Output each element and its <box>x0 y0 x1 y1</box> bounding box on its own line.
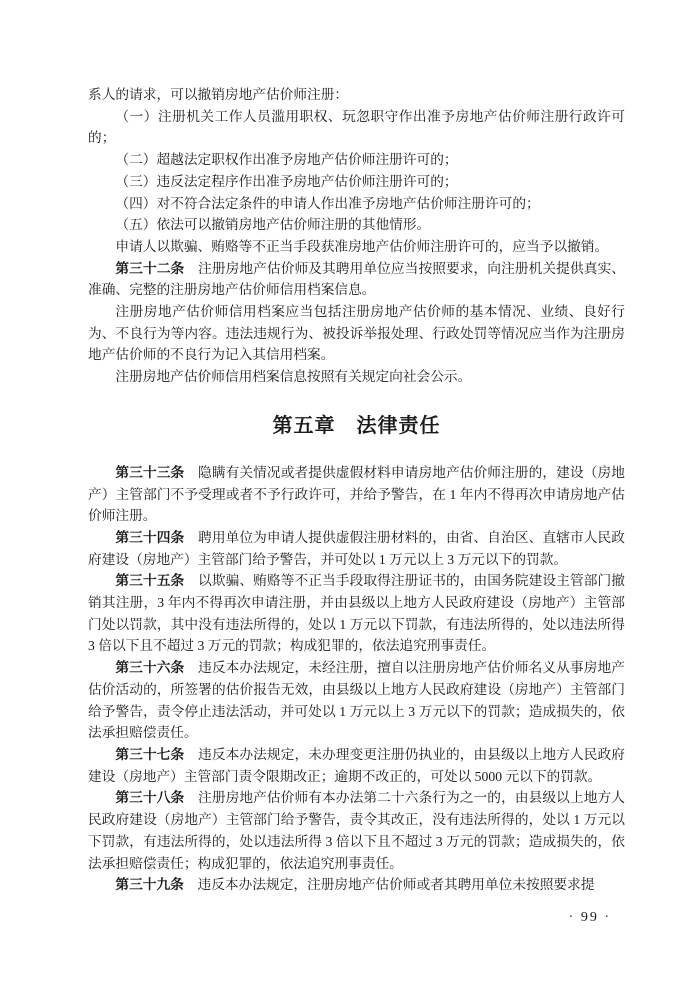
article-number: 第三十七条 <box>115 747 184 762</box>
section-before-heading: 系人的请求，可以撤销房地产估价师注册：（一）注册机关工作人员滥用职权、玩忽职守作… <box>88 84 625 388</box>
paragraph: 第三十六条 违反本办法规定，未经注册，擅自以注册房地产估价师名义从事房地产估价活… <box>88 657 625 744</box>
paragraph: 第三十五条 以欺骗、贿赂等不正当手段取得注册证书的，由国务院建设主管部门撤销其注… <box>88 570 625 657</box>
document-content: 系人的请求，可以撤销房地产估价师注册：（一）注册机关工作人员滥用职权、玩忽职守作… <box>88 84 625 896</box>
article-number: 第三十八条 <box>115 790 184 805</box>
paragraph: 申请人以欺骗、贿赂等不正当手段获准房地产估价师注册许可的，应当予以撤销。 <box>88 236 625 258</box>
paragraph: 第三十二条 注册房地产估价师及其聘用单位应当按照要求，向注册机关提供真实、准确、… <box>88 258 625 301</box>
paragraph: 第三十四条 聘用单位为申请人提供虚假注册材料的，由省、自治区、直辖市人民政府建设… <box>88 527 625 570</box>
paragraph: 第三十八条 注册房地产估价师有本办法第二十六条行为之一的，由县级以上地方人民政府… <box>88 787 625 874</box>
paragraph: （四）对不符合法定条件的申请人作出准予房地产估价师注册许可的； <box>88 193 625 215</box>
article-number: 第三十六条 <box>115 660 184 675</box>
paragraph: 系人的请求，可以撤销房地产估价师注册： <box>88 84 625 106</box>
section-after-heading: 第三十三条 隐瞒有关情况或者提供虚假材料申请房地产估价师注册的，建设（房地产）主… <box>88 462 625 896</box>
article-number: 第三十四条 <box>115 530 184 545</box>
chapter-heading: 第五章 法律责任 <box>88 411 625 441</box>
article-number: 第三十三条 <box>115 465 184 480</box>
paragraph: 第三十三条 隐瞒有关情况或者提供虚假材料申请房地产估价师注册的，建设（房地产）主… <box>88 462 625 527</box>
paragraph: （三）违反法定程序作出准予房地产估价师注册许可的； <box>88 171 625 193</box>
article-number: 第三十二条 <box>115 261 184 276</box>
paragraph: （一）注册机关工作人员滥用职权、玩忽职守作出准予房地产估价师注册行政许可的； <box>88 106 625 149</box>
document-page: 系人的请求，可以撤销房地产估价师注册：（一）注册机关工作人员滥用职权、玩忽职守作… <box>0 0 699 982</box>
paragraph: （二）超越法定职权作出准予房地产估价师注册许可的； <box>88 149 625 171</box>
article-number: 第三十九条 <box>115 877 183 892</box>
paragraph: 第三十七条 违反本办法规定，未办理变更注册仍执业的，由县级以上地方人民政府建设（… <box>88 744 625 787</box>
paragraph: 第三十九条 违反本办法规定，注册房地产估价师或者其聘用单位未按照要求提 <box>88 874 625 896</box>
page-number: · 99 · <box>569 908 611 928</box>
paragraph: 注册房地产估价师信用档案应当包括注册房地产估价师的基本情况、业绩、良好行为、不良… <box>88 301 625 366</box>
paragraph: 注册房地产估价师信用档案信息按照有关规定向社会公示。 <box>88 366 625 388</box>
article-number: 第三十五条 <box>115 573 184 588</box>
paragraph: （五）依法可以撤销房地产估价师注册的其他情形。 <box>88 214 625 236</box>
